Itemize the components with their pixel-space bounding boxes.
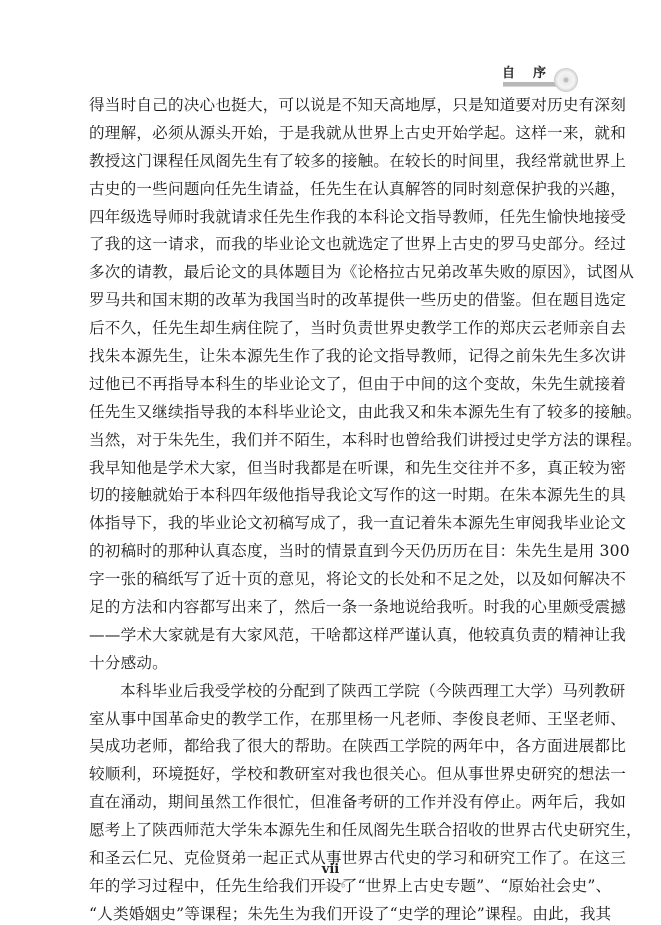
- text-line: 本科毕业后我受学校的分配到了陕西工学院（今陕西理工大学）马列教研: [89, 678, 589, 706]
- text-line: “人类婚姻史”等课程；朱先生为我们开设了“史学的理论”课程。由此，我其: [89, 901, 589, 925]
- text-line: 多次的请教，最后论文的具体题目为《论格拉古兄弟改革失败的原因》，试图从: [89, 259, 589, 287]
- text-line: 找朱本源先生，让朱本源先生作了我的论文指导教师，记得之前朱先生多次讲: [89, 343, 589, 371]
- text-line: 过他已不再指导本科生的毕业论文了，但由于中间的这个变故，朱先生就接着: [89, 371, 589, 399]
- running-head: 自序: [480, 62, 590, 92]
- page-number: vii: [0, 862, 661, 877]
- text-line: 足的方法和内容都写出来了，然后一条一条地说给我听。时我的心里颇受震撼: [89, 594, 589, 622]
- text-line: 体指导下，我的毕业论文初稿写成了，我一直记着朱本源先生审阅我毕业论文: [89, 510, 589, 538]
- text-line: 我早知他是学术大家，但当时我都是在听课，和先生交往并不多，真正较为密: [89, 455, 589, 483]
- text-line: 的初稿时的那种认真态度，当时的情景直到今天仍历历在目：朱先生是用 300: [89, 538, 589, 566]
- text-line: 后不久，任先生却生病住院了，当时负责世界史教学工作的郑庆云老师亲自去: [89, 315, 589, 343]
- disc-ornament-icon: [554, 68, 578, 92]
- text-line: 较顺利，环境挺好，学校和教研室对我也很关心。但从事世界史研究的想法一: [89, 761, 589, 789]
- text-line: 愿考上了陕西师范大学朱本源先生和任凤阁先生联合招收的世界古代史研究生，: [89, 817, 589, 845]
- text-line: 字一张的稿纸写了近十页的意见，将论文的长处和不足之处，以及如何解决不: [89, 566, 589, 594]
- text-line: 吴成功老师，都给我了很大的帮助。在陕西工学院的两年中，各方面进展都比: [89, 733, 589, 761]
- text-line: 的理解，必须从源头开始，于是我就从世界上古史开始学起。这样一来，就和: [89, 120, 589, 148]
- text-line: 当然，对于朱先生，我们并不陌生，本科时也曾给我们讲授过史学方法的课程。: [89, 427, 589, 455]
- text-line: 切的接触就始于本科四年级他指导我论文写作的这一时期。在朱本源先生的具: [89, 482, 589, 510]
- text-line: 十分感动。: [89, 650, 589, 678]
- flourish-ornament-icon: [318, 878, 352, 890]
- text-line: 四年级选导师时我就请求任先生作我的本科论文指导教师，任先生愉快地接受: [89, 204, 589, 232]
- text-line: 任先生又继续指导我的本科毕业论文，由此我又和朱本源先生有了较多的接触。: [89, 399, 589, 427]
- text-line: 教授这门课程任凤阁先生有了较多的接触。在较长的时间里，我经常就世界上: [89, 148, 589, 176]
- text-line: 室从事中国革命史的教学工作，在那里杨一凡老师、李俊良老师、王坚老师、: [89, 706, 589, 734]
- text-line: 罗马共和国末期的改革为我国当时的改革提供一些历史的借鉴。但在题目选定: [89, 287, 589, 315]
- header-rule: [503, 82, 561, 87]
- text-line: 古史的一些问题向任先生请益，任先生在认真解答的同时刻意保护我的兴趣，: [89, 176, 589, 204]
- text-line: 了我的这一请求，而我的毕业论文也就选定了世界上古史的罗马史部分。经过: [89, 231, 589, 259]
- text-line: ——学术大家就是有大家风范，干啥都这样严谨认真，他较真负责的精神让我: [89, 622, 589, 650]
- text-line: 得当时自己的决心也挺大，可以说是不知天高地厚，只是知道要对历史有深刻: [89, 92, 589, 120]
- text-line: 直在涌动，期间虽然工作很忙，但准备考研的工作并没有停止。两年后，我如: [89, 789, 589, 817]
- body-text: 得当时自己的决心也挺大，可以说是不知天高地厚，只是知道要对历史有深刻的理解，必须…: [89, 92, 589, 925]
